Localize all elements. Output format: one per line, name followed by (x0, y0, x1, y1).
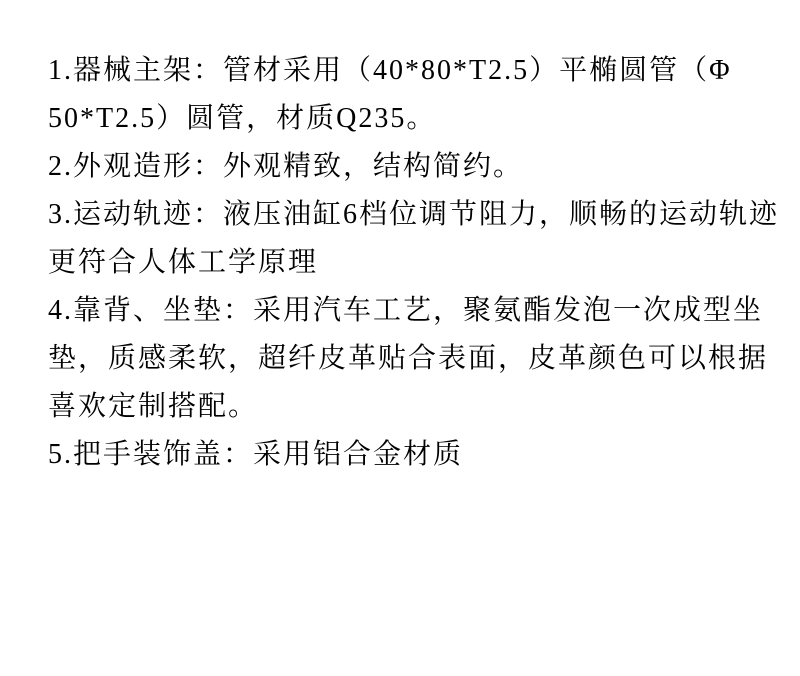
spec-item-motion: 3.运动轨迹：液压油缸6档位调节阻力，顺畅的运动轨迹 更符合人体工学原理 (48, 191, 760, 287)
document-page: 1.器械主架：管材采用（40*80*T2.5）平椭圆管（Φ 50*T2.5）圆管… (0, 0, 800, 676)
spec-item-seat: 4.靠背、坐垫：采用汽车工艺，聚氨酯发泡一次成型坐 垫，质感柔软，超纤皮革贴合表… (48, 287, 760, 431)
text-line: 3.运动轨迹：液压油缸6档位调节阻力，顺畅的运动轨迹 (48, 191, 760, 239)
spec-item-appearance: 2.外观造形：外观精致，结构简约。 (48, 143, 760, 191)
spec-list: 1.器械主架：管材采用（40*80*T2.5）平椭圆管（Φ 50*T2.5）圆管… (48, 47, 760, 479)
text-line: 垫，质感柔软，超纤皮革贴合表面，皮革颜色可以根据 (48, 335, 760, 383)
spec-item-handle: 5.把手装饰盖：采用铝合金材质 (48, 431, 760, 479)
text-line: 2.外观造形：外观精致，结构简约。 (48, 143, 760, 191)
spec-item-frame: 1.器械主架：管材采用（40*80*T2.5）平椭圆管（Φ 50*T2.5）圆管… (48, 47, 760, 143)
text-line: 5.把手装饰盖：采用铝合金材质 (48, 431, 760, 479)
text-line: 喜欢定制搭配。 (48, 383, 760, 431)
text-line: 50*T2.5）圆管，材质Q235。 (48, 95, 760, 143)
text-line: 1.器械主架：管材采用（40*80*T2.5）平椭圆管（Φ (48, 47, 760, 95)
text-line: 4.靠背、坐垫：采用汽车工艺，聚氨酯发泡一次成型坐 (48, 287, 760, 335)
text-line: 更符合人体工学原理 (48, 239, 760, 287)
